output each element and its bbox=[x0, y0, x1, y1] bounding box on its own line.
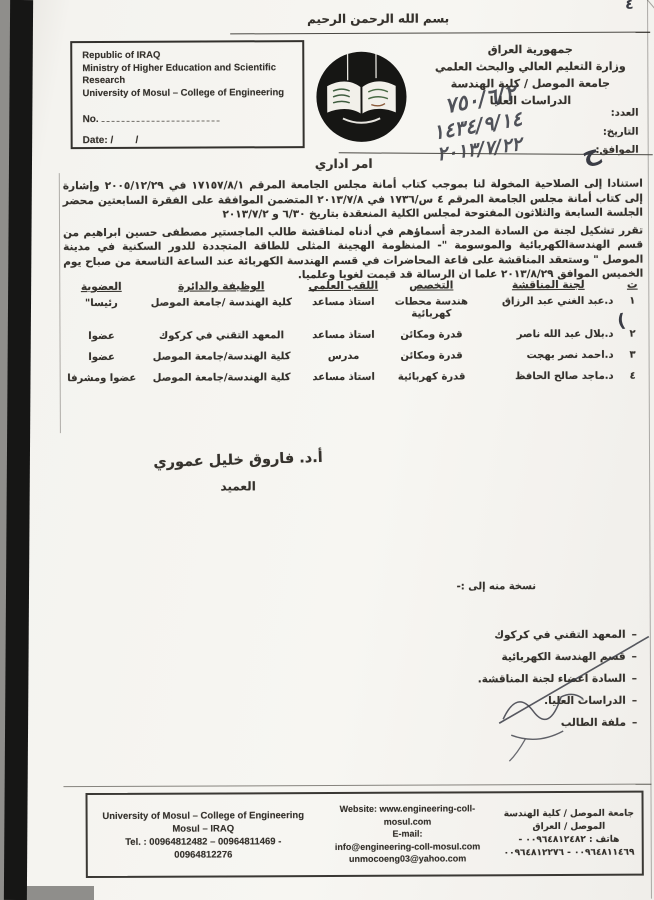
footer-phone-line-ar-2: ٠٠٩٦٤٨١١٤٦٩ - ٠٠٩٦٤٨١٢٢٧٦ bbox=[498, 846, 640, 860]
member-membership: عضوا bbox=[61, 329, 141, 350]
col-header-specialty: التخصص bbox=[385, 279, 477, 294]
member-specialty: قدرة ومكائن bbox=[386, 348, 478, 369]
handwritten-check-mark: ح bbox=[578, 137, 603, 169]
scanned-document: بسم الله الرحمن الرحيم ٤ Republic of IRA… bbox=[0, 0, 654, 900]
col-header-committee: لجنة المناقشة bbox=[477, 279, 619, 295]
footer-email-line: info@engineering-coll-mosul.com bbox=[317, 840, 498, 853]
footer-university-line-ar: جامعة الموصل / كلية الهندسة bbox=[498, 807, 640, 821]
member-degree: استاذ مساعد bbox=[302, 370, 386, 391]
footer-top-rule bbox=[63, 784, 651, 788]
col-header-membership: العضوية bbox=[61, 281, 141, 296]
body-paragraph-authority: استنادا إلى الصلاحية المخولة لنا بموجب ك… bbox=[63, 177, 643, 223]
table-row: ٣ د.احمد نصر بهجت قدرة ومكائن مدرس كلية … bbox=[62, 348, 646, 372]
member-membership: عضوا bbox=[62, 350, 142, 371]
member-name: د.عبد الغني عبد الرزاق bbox=[477, 294, 619, 328]
footer-web-block: Website: www.engineering-coll-mosul.com … bbox=[317, 803, 499, 866]
footer-contact-box: University of Mosul – College of Enginee… bbox=[85, 791, 643, 878]
footer-email-label: E-mail: bbox=[317, 828, 498, 841]
col-header-index: ت bbox=[619, 279, 645, 294]
dean-signature-name: أ.د. فاروق خليل عموري bbox=[138, 449, 338, 471]
member-specialty: قدرة كهربائية bbox=[386, 369, 478, 390]
dean-title: العميد bbox=[138, 479, 338, 494]
no-blank-line bbox=[101, 111, 219, 122]
open-book-university-logo-icon bbox=[314, 50, 408, 144]
table-row: ٢ د.بلال عبد الله ناصر قدرة ومكائن استاذ… bbox=[61, 327, 645, 351]
footer-tel-line-2: 00964812276 bbox=[90, 848, 317, 862]
english-letterhead-box: Republic of IRAQ Ministry of Higher Educ… bbox=[70, 40, 304, 149]
ministry-line-ar: وزارة التعليم العالي والبحث العلمي bbox=[414, 58, 646, 76]
table-row: ١ د.عبد الغني عبد الرزاق هندسة محطات كهر… bbox=[61, 294, 645, 330]
header-divider bbox=[230, 32, 650, 35]
member-membership: عضوا ومشرفا bbox=[62, 371, 142, 392]
member-number: ٣ bbox=[620, 348, 646, 369]
committee-table: ت لجنة المناقشة التخصص اللقب العلمي الوظ… bbox=[61, 279, 645, 393]
member-workplace: المعهد التقني في كركوك bbox=[141, 328, 301, 350]
member-workplace: كلية الهندسة/جامعة الموصل bbox=[142, 349, 302, 371]
footer-website-line: Website: www.engineering-coll-mosul.com bbox=[317, 803, 498, 829]
footer-arabic-block: جامعة الموصل / كلية الهندسة الموصل / الع… bbox=[498, 807, 640, 860]
col-header-workplace: الوظيفة والدائرة bbox=[141, 280, 301, 296]
member-degree: استاذ مساعد bbox=[301, 295, 385, 328]
col-header-degree: اللقب العلمي bbox=[301, 280, 385, 295]
member-name: د.بلال عبد الله ناصر bbox=[477, 327, 619, 349]
body-paragraphs: استنادا إلى الصلاحية المخولة لنا بموجب ك… bbox=[63, 177, 643, 284]
country-line: Republic of IRAQ bbox=[82, 49, 292, 62]
member-workplace: كلية الهندسة /جامعة الموصل bbox=[141, 295, 301, 329]
footer-university-line: University of Mosul – College of Enginee… bbox=[90, 809, 317, 823]
basmala-text: بسم الله الرحمن الرحيم bbox=[283, 11, 473, 26]
member-specialty: هندسة محطات كهربائية bbox=[385, 294, 477, 327]
footer-city-line-ar: الموصل / العراق bbox=[498, 820, 640, 834]
ministry-line: Ministry of Higher Education and Scienti… bbox=[82, 62, 292, 88]
table-row: ٤ د.ماجد صالح الحافظ قدرة كهربائية استاذ… bbox=[62, 369, 646, 393]
member-workplace: كلية الهندسة/جامعة الموصل bbox=[142, 370, 302, 392]
signature-block: أ.د. فاروق خليل عموري العميد bbox=[138, 452, 338, 494]
country-line-ar: جمهورية العراق bbox=[414, 41, 646, 59]
footer-city-line: Mosul – IRAQ bbox=[90, 822, 317, 836]
member-name: د.ماجد صالح الحافظ bbox=[478, 369, 620, 391]
no-label: No. bbox=[83, 114, 99, 125]
footer-tel-line: Tel. : 00964812482 – 00964811469 - bbox=[90, 835, 317, 849]
handwritten-corner-numeral: ٤ bbox=[625, 0, 634, 13]
member-specialty: قدرة ومكائن bbox=[385, 327, 477, 348]
date-label: Date: bbox=[83, 135, 108, 146]
document-title: امر اداري bbox=[269, 156, 419, 172]
handwritten-signature-scrawl bbox=[441, 589, 654, 780]
member-degree: مدرس bbox=[302, 349, 386, 370]
member-membership: رئيسا" bbox=[61, 296, 141, 329]
footer-email-line-2: unmocoeng03@yahoo.com bbox=[317, 853, 498, 866]
footer-phone-line-ar: هاتف : ٠٠٩٦٤٨١٢٤٨٢ - bbox=[498, 833, 640, 847]
university-line: University of Mosul – College of Enginee… bbox=[82, 87, 292, 100]
footer-english-block: University of Mosul – College of Enginee… bbox=[90, 809, 317, 862]
university-line-ar: جامعة الموصل / كلية الهندسة bbox=[414, 75, 646, 93]
member-number: ٤ bbox=[620, 369, 646, 390]
date-blank-value: / / bbox=[110, 135, 138, 146]
member-name: د.احمد نصر بهجت bbox=[478, 348, 620, 370]
member-degree: استاذ مساعد bbox=[301, 328, 385, 349]
body-paragraph-committee-decision: تقرر تشكيل لجنة من السادة المدرجة أسماؤه… bbox=[63, 223, 643, 284]
